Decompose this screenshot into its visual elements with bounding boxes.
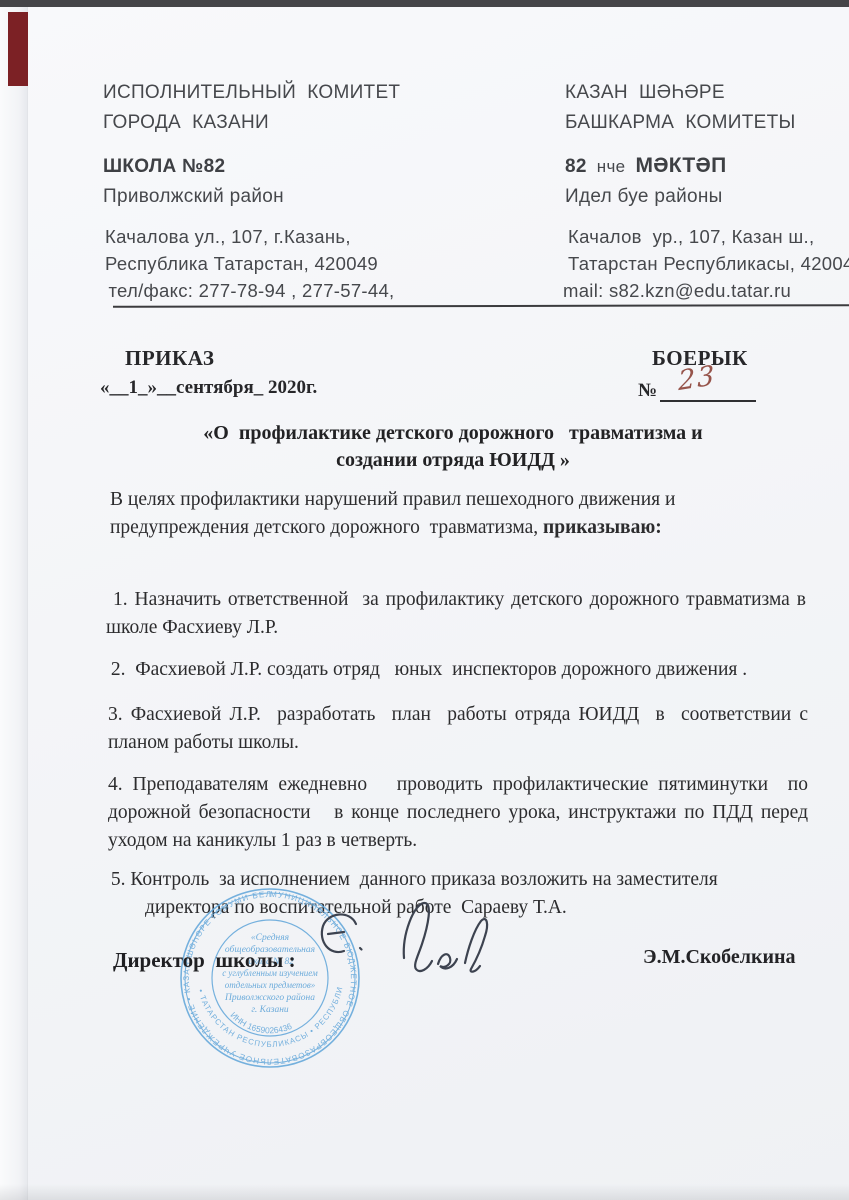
order-preamble: В целях профилактики нарушений правил пе… (110, 486, 758, 542)
signature-initial-bar (328, 932, 344, 934)
org-name-tat-line2: БАШКАРМА КОМИТЕТЫ (565, 112, 796, 134)
scanned-order-document: ИСПОЛНИТЕЛЬНЫЙ КОМИТЕТ ГОРОДА КАЗАНИ ШКО… (0, 0, 849, 1200)
school-ordinal-tat: нче (587, 157, 636, 176)
order-title-line1: «О профилактике детского дорожного травм… (108, 420, 798, 447)
district-ru: Приволжский район (103, 186, 284, 208)
address-ru-line2: Республика Татарстан, 420049 (105, 253, 378, 275)
school-number-tat: 82 (565, 156, 587, 177)
order-item-4: 4. Преподавателям ежедневно проводить пр… (108, 771, 808, 855)
order-item-2: 2. Фасхиевой Л.Р. создать отряд юных инс… (106, 656, 816, 684)
scan-corner-mark (8, 12, 28, 86)
signature-loop-stroke (404, 903, 432, 971)
order-item-3: 3. Фасхиевой Л.Р. разработать план работ… (108, 701, 808, 757)
director-name: Э.М.Скобелкина (643, 946, 796, 969)
address-tat-line2: Татарстан Республикасы, 420049 (568, 253, 849, 275)
director-role-label: Директор школы : (113, 948, 296, 973)
org-name-ru-line1: ИСПОЛНИТЕЛЬНЫЙ КОМИТЕТ (103, 82, 400, 104)
order-number-label: № (638, 380, 657, 402)
stamp-center-line1: «Средняя (251, 932, 289, 943)
order-number-handwritten: 23 (678, 363, 716, 394)
order-title-line2: создании отряда ЮИДД » (108, 447, 798, 474)
org-name-ru-line2: ГОРОДА КАЗАНИ (103, 112, 269, 134)
phone-fax-line: тел/факс: 277-78-94 , 277-57-44, (103, 280, 395, 302)
letterhead-divider (113, 304, 849, 308)
handwritten-number: 23 (678, 360, 716, 397)
order-number-underline (660, 400, 756, 402)
address-ru-line1: Качалова ул., 107, г.Казань, (105, 226, 351, 248)
order-label-ru: ПРИКАЗ (125, 346, 214, 371)
address-tat-line1: Качалов ур., 107, Казан ш., (568, 226, 814, 248)
order-date: «__1_»__сентября_ 2020г. (100, 377, 317, 399)
org-name-tat-line1: КАЗАН ШӘҺӘРЕ (565, 82, 725, 104)
school-name-ru: ШКОЛА №82 (103, 156, 225, 178)
stamp-center-line7: г. Казани (251, 1005, 289, 1015)
preamble-verb: приказываю: (543, 517, 662, 538)
director-signature (286, 892, 546, 1002)
signature-dot (360, 948, 362, 950)
school-name-tat: 82 нче МӘКТӘП (565, 154, 727, 178)
scan-edge-left (0, 7, 28, 1200)
email-line: mail: s82.kzn@edu.tatar.ru (563, 280, 791, 302)
signature-middle-stroke (438, 954, 457, 968)
scan-edge-top (0, 0, 849, 7)
school-word-tat: МӘКТӘП (635, 154, 726, 177)
signature-tail-stroke (465, 919, 487, 972)
district-tat: Идел буе районы (565, 186, 723, 208)
scan-edge-bottom (0, 1184, 849, 1200)
order-item-1: 1. Назначить ответственной за профилакти… (106, 586, 806, 642)
